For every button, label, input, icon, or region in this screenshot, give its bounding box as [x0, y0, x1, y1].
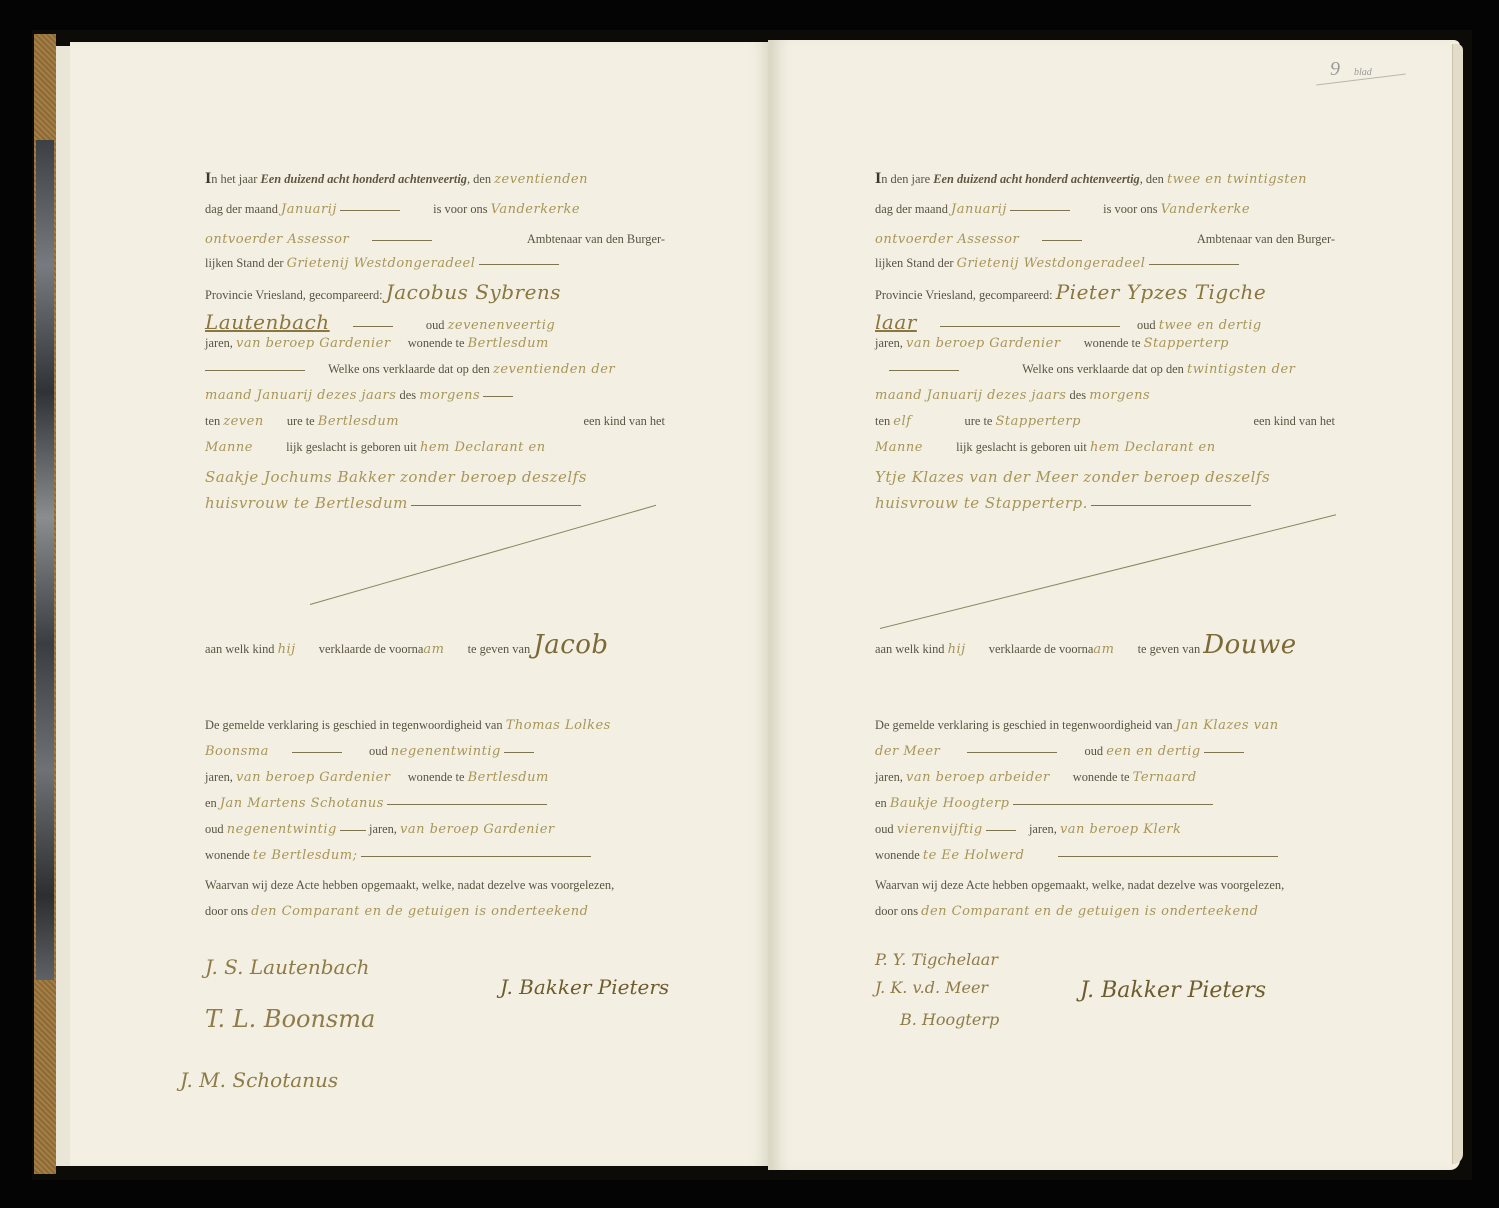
- handwritten-day: zeventienden: [494, 172, 588, 187]
- signature: P. Y. Tigchelaar: [875, 950, 998, 969]
- record-line: ten zeven ure te Bertlesdum een kind van…: [205, 414, 665, 440]
- witness-line: Boonsma oud negenentwintig: [205, 744, 665, 770]
- record-line: Ytje Klazes van der Meer zonder beroep d…: [875, 468, 1345, 494]
- record-line: laar oud twee en dertig: [875, 310, 1345, 336]
- declarant-name: Pieter Ypzes Tigche: [1056, 280, 1266, 304]
- officer-signature: J. Bakker Pieters: [500, 975, 669, 999]
- signature: B. Hoogterp: [900, 1010, 999, 1029]
- record-line: huisvrouw te Bertlesdum: [205, 494, 665, 520]
- mother-name: Saakje Jochums Bakker zonder beroep desz…: [205, 468, 587, 486]
- record-line: Welke ons verklaarde dat op den twintigs…: [875, 362, 1345, 388]
- child-name: Jacob: [533, 630, 608, 660]
- record-line: jaren, van beroep Gardenier wonende te B…: [205, 336, 665, 362]
- record-line: In het jaar Een duizend acht honderd ach…: [205, 170, 665, 196]
- witness-line: en Baukje Hoogterp: [875, 796, 1345, 822]
- record-line: lijken Stand der Grietenij Westdongerade…: [205, 256, 665, 282]
- record-line: Lautenbach oud zevenenveertig: [205, 310, 665, 336]
- page-stack-edge-right: [1452, 44, 1463, 1164]
- signature: J. S. Lautenbach: [205, 955, 370, 979]
- name-given-line: aan welk kind hij verklaarde de voornaam…: [875, 630, 1345, 656]
- record-line: Provincie Vriesland, gecompareerd: Jacob…: [205, 280, 665, 306]
- signature: J. M. Schotanus: [180, 1068, 338, 1092]
- record-line: ontvoerder Assessor Ambtenaar van den Bu…: [205, 232, 665, 258]
- record-line: huisvrouw te Stapperterp.: [875, 494, 1345, 520]
- record-line: maand Januarij dezes jaars des morgens: [205, 388, 665, 414]
- witness-line: jaren, van beroep arbeider wonende te Te…: [875, 770, 1345, 796]
- record-line: dag der maand Januarij is voor ons Vande…: [875, 202, 1345, 228]
- record-line: ontvoerder Assessor Ambtenaar van den Bu…: [875, 232, 1345, 258]
- marbled-board: [36, 140, 54, 980]
- mother-name: Ytje Klazes van der Meer zonder beroep d…: [875, 468, 1270, 486]
- child-name: Douwe: [1203, 630, 1296, 660]
- witness-line: wonende te Bertlesdum;: [205, 848, 665, 874]
- witness-line: De gemelde verklaring is geschied in teg…: [205, 718, 665, 744]
- closing-line: door ons den Comparant en de getuigen is…: [875, 904, 1345, 930]
- closing-line: Waarvan wij deze Acte hebben opgemaakt, …: [205, 878, 665, 904]
- witness-line: jaren, van beroep Gardenier wonende te B…: [205, 770, 665, 796]
- signature: T. L. Boonsma: [205, 1005, 375, 1033]
- record-line: Provincie Vriesland, gecompareerd: Piete…: [875, 280, 1345, 306]
- declarant-name: Jacobus Sybrens: [386, 280, 561, 304]
- closing-line: door ons den Comparant en de getuigen is…: [205, 904, 665, 930]
- closing-line: Waarvan wij deze Acte hebben opgemaakt, …: [875, 878, 1345, 904]
- record-line: Manne lijk geslacht is geboren uit hem D…: [205, 440, 665, 466]
- witness-line: wonende te Ee Holwerd: [875, 848, 1345, 874]
- witness-line: oud vierenvijftig jaren, van beroep Kler…: [875, 822, 1345, 848]
- officer-signature: J. Bakker Pieters: [1080, 978, 1266, 1003]
- record-line: dag der maand Januarij is voor ons Vande…: [205, 202, 665, 228]
- witness-line: en Jan Martens Schotanus: [205, 796, 665, 822]
- record-line: ten elf ure te Stapperterp een kind van …: [875, 414, 1345, 440]
- record-line: Saakje Jochums Bakker zonder beroep desz…: [205, 468, 665, 494]
- record-line: jaren, van beroep Gardenier wonende te S…: [875, 336, 1345, 362]
- record-line: lijken Stand der Grietenij Westdongerade…: [875, 256, 1345, 282]
- record-line: Manne lijk geslacht is geboren uit hem D…: [875, 440, 1345, 466]
- record-line: In den jare Een duizend acht honderd ach…: [875, 170, 1345, 196]
- name-given-line: aan welk kind hij verklaarde de voornaam…: [205, 630, 665, 656]
- record-line: maand Januarij dezes jaars des morgens: [875, 388, 1345, 414]
- witness-line: oud negenentwintig jaren, van beroep Gar…: [205, 822, 665, 848]
- witness-line: der Meer oud een en dertig: [875, 744, 1345, 770]
- signature: J. K. v.d. Meer: [875, 978, 988, 997]
- witness-line: De gemelde verklaring is geschied in teg…: [875, 718, 1345, 744]
- record-line: Welke ons verklaarde dat op den zeventie…: [205, 362, 665, 388]
